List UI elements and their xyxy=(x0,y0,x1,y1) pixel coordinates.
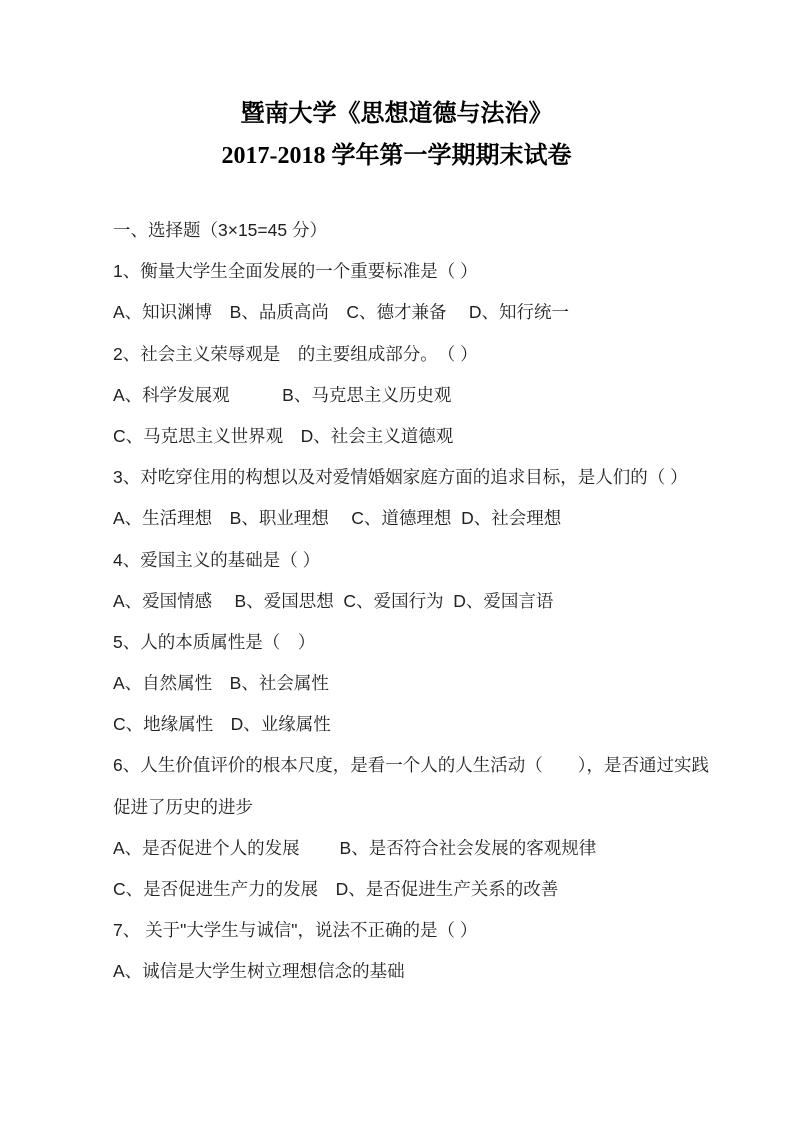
question-stem-line: 3、对吃穿住用的构想以及对爱情婚姻家庭方面的追求目标，是人们的（ ） xyxy=(113,457,753,498)
question-stem-line: 5、人的本质属性是（ ） xyxy=(113,622,753,663)
question-stem-line: 4、爱国主义的基础是（ ） xyxy=(113,540,753,581)
option-line: A、生活理想 B、职业理想 C、道德理想 D、社会理想 xyxy=(113,498,753,539)
exam-title: 暨南大学《思想道德与法治》 2017-2018 学年第一学期期末试卷 xyxy=(0,93,793,177)
exam-title-line2: 2017-2018 学年第一学期期末试卷 xyxy=(0,135,793,177)
option-line: A、爱国情感 B、爱国思想 C、爱国行为 D、爱国言语 xyxy=(113,581,753,622)
section-heading: 一、选择题（3×15=45 分） xyxy=(113,210,753,251)
exam-title-line1: 暨南大学《思想道德与法治》 xyxy=(0,93,793,135)
question-stem-line: 2、社会主义荣辱观是 的主要组成部分。 （ ） xyxy=(113,334,753,375)
document-page: 暨南大学《思想道德与法治》 2017-2018 学年第一学期期末试卷 一、选择题… xyxy=(0,0,793,1122)
option-line: A、诚信是大学生树立理想信念的基础 xyxy=(113,951,753,992)
option-line: A、知识渊博 B、品质高尚 C、德才兼备 D、知行统一 xyxy=(113,292,753,333)
question-stem-line: 促进了历史的进步 xyxy=(113,787,753,828)
question-stem-line: 7、 关于"大学生与诚信"，说法不正确的是（ ） xyxy=(113,910,753,951)
question-stem-line: 1、衡量大学生全面发展的一个重要标准是（ ） xyxy=(113,251,753,292)
question-stem-line: 6、人生价值评价的根本尺度，是看一个人的人生活动（ ），是否通过实践 xyxy=(113,745,753,786)
option-line: C、是否促进生产力的发展 D、是否促进生产关系的改善 xyxy=(113,869,753,910)
option-line: A、自然属性 B、社会属性 xyxy=(113,663,753,704)
option-line: C、地缘属性 D、业缘属性 xyxy=(113,704,753,745)
option-line: A、科学发展观 B、马克思主义历史观 xyxy=(113,375,753,416)
exam-body-lines: 一、选择题（3×15=45 分）1、衡量大学生全面发展的一个重要标准是（ ）A、… xyxy=(113,210,753,993)
option-line: C、马克思主义世界观 D、社会主义道德观 xyxy=(113,416,753,457)
option-line: A、是否促进个人的发展 B、是否符合社会发展的客观规律 xyxy=(113,828,753,869)
